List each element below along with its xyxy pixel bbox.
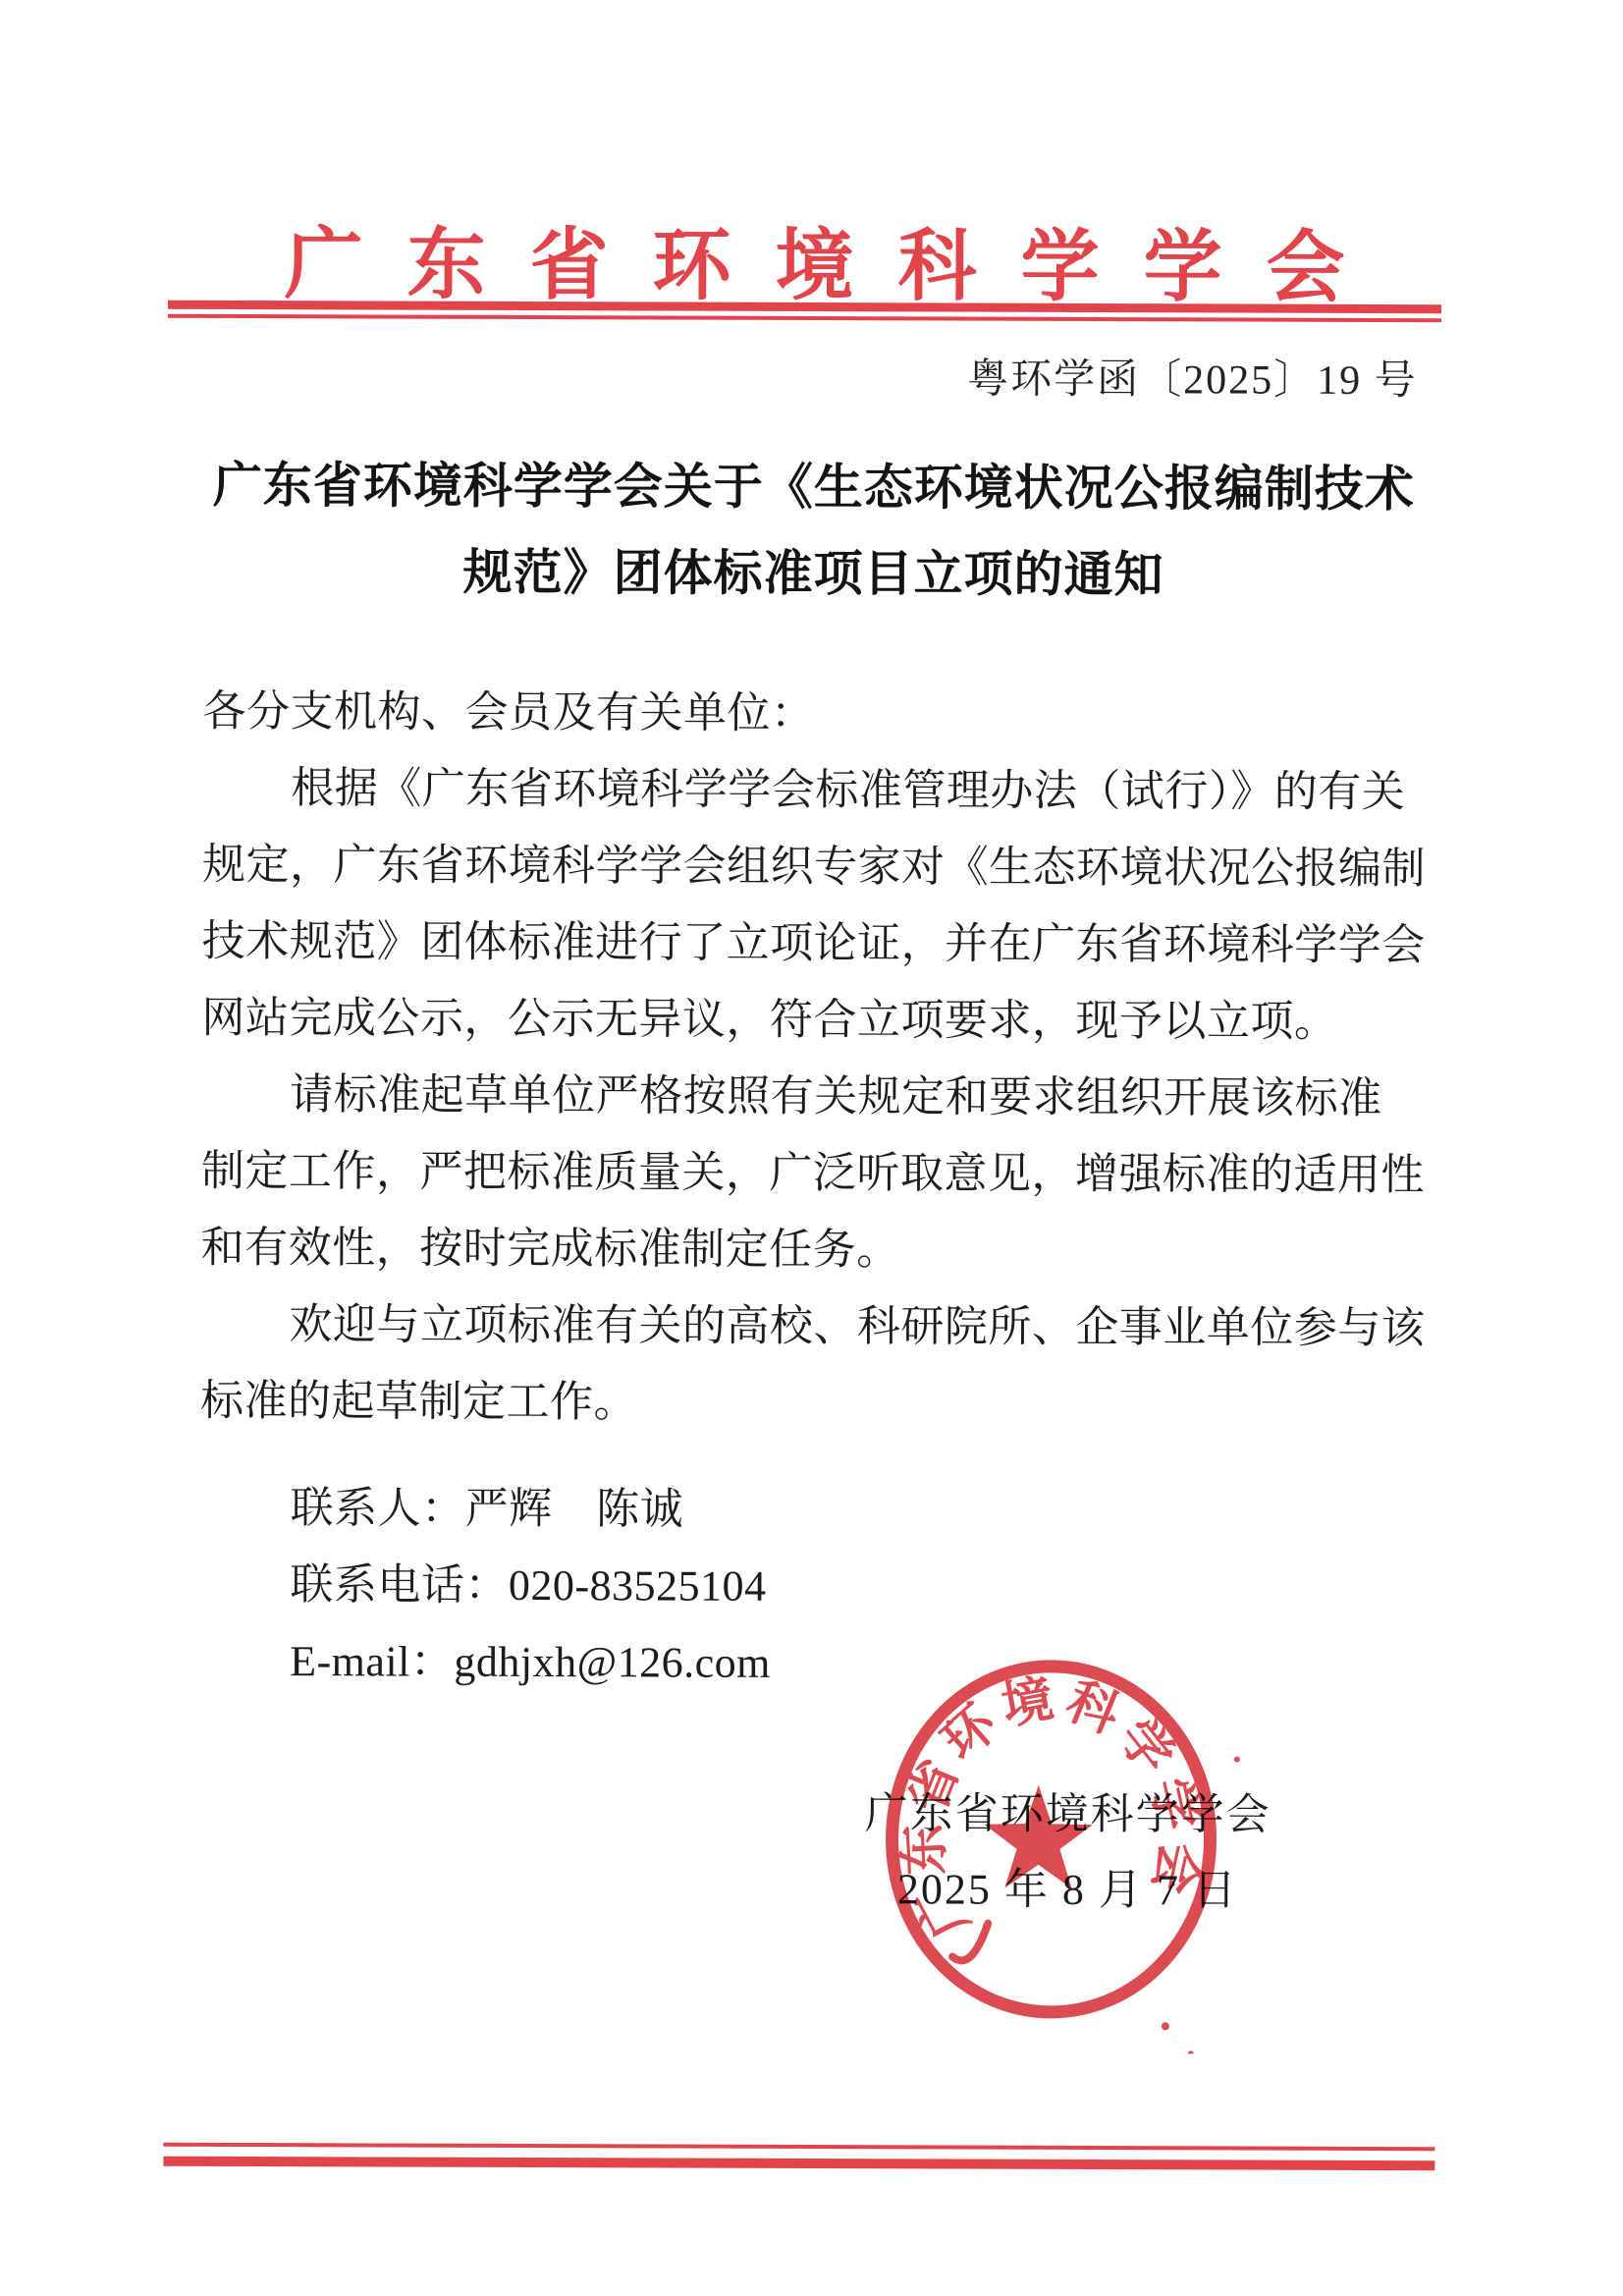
body-text: 各分支机构、会员及有关单位： 根据《广东省环境科学学会标准管理办法（试行）》的有… (199, 674, 1425, 1704)
body-line: 网站完成公示，公示无异议，符合立项要求，现予以立项。 (201, 980, 1423, 1061)
official-seal-stamp: 广东省环境科学学会 (841, 1620, 1295, 2054)
body-line: 欢迎与立项标准有关的高校、科研院所、企事业单位参与该 (200, 1286, 1422, 1367)
doc-number: 粤环学函〔2025〕19 号 (967, 347, 1418, 408)
body-line: 技术规范》团体标准进行了立项论证，并在广东省环境科学学会 (202, 903, 1424, 984)
body-line: 制定工作，严把标准质量关，广泛听取意见，增强标准的适用性 (201, 1133, 1423, 1214)
stamp-ink-speck (1234, 1757, 1240, 1763)
contact-person: 联系人：严辉 陈诚 (291, 1470, 1422, 1551)
body-line: 标准的起草制定工作。 (200, 1363, 1422, 1444)
body-line: 请标准起草单位严格按照有关规定和要求组织开展该标准 (201, 1057, 1423, 1137)
doc-title-line2: 规范》团体标准项目立项的通知 (2, 527, 1623, 620)
contact-phone: 联系电话：020-83525104 (290, 1547, 1421, 1627)
doc-title-line1: 广东省环境科学学会关于《生态环境状况公报编制技术 (2, 441, 1623, 533)
scanned-letter: 广东省环境科学学会 粤环学函〔2025〕19 号 广东省环境科学学会关于《生态环… (0, 0, 1623, 2296)
stamp-ink-speck (1162, 2022, 1169, 2030)
document-page: 广东省环境科学学会 粤环学函〔2025〕19 号 广东省环境科学学会关于《生态环… (0, 0, 1623, 2296)
footer-rule-thick (163, 2157, 1434, 2171)
body-line: 规定，广东省环境科学学会组织专家对《生态环境状况公报编制 (202, 827, 1424, 907)
doc-title: 广东省环境科学学会关于《生态环境状况公报编制技术 规范》团体标准项目立项的通知 (2, 441, 1623, 620)
salutation: 各分支机构、会员及有关单位： (202, 674, 1424, 754)
body-line: 根据《广东省环境科学学会标准管理办法（试行）》的有关 (202, 750, 1424, 831)
footer-rule-thin (163, 2143, 1434, 2152)
stamp-star-icon (984, 1785, 1093, 1888)
stamp-ink-speck (1188, 2050, 1194, 2053)
body-line: 和有效性，按时完成标准制定任务。 (201, 1210, 1423, 1290)
